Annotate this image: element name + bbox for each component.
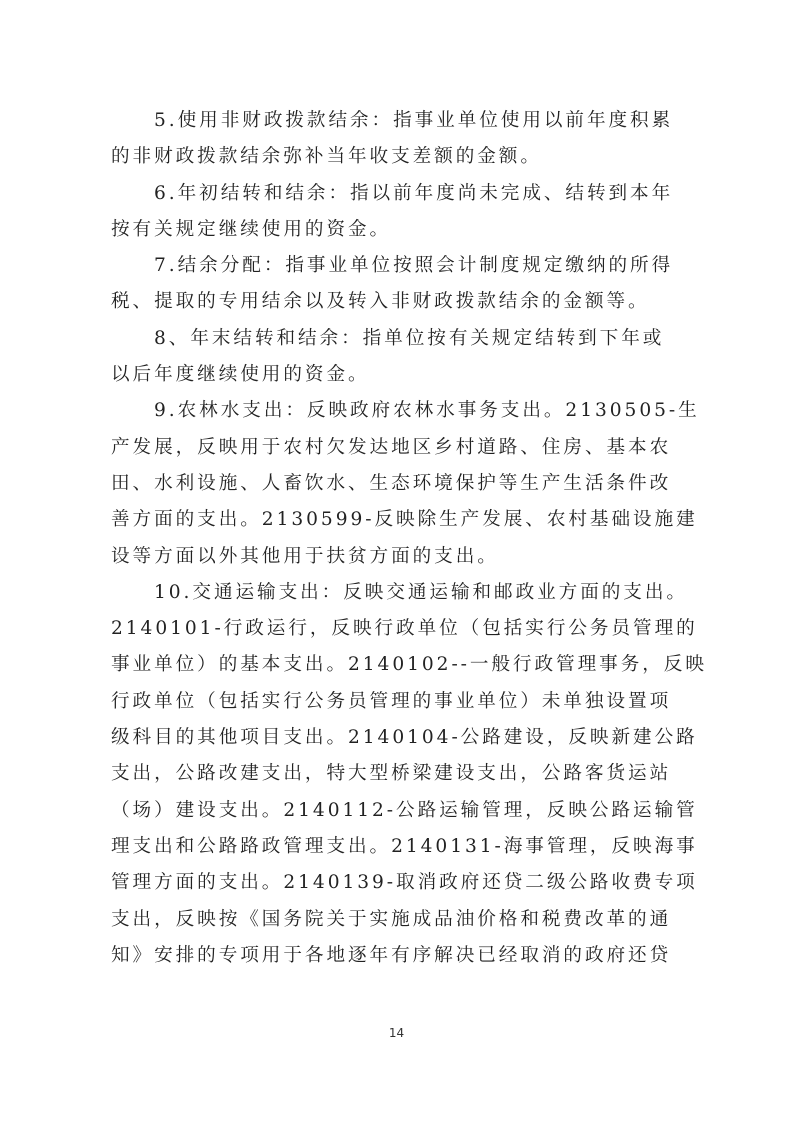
text-line: （场）建设支出。2140112-公路运输管理，反映公路运输管 — [111, 793, 676, 829]
document-body: 5.使用非财政拨款结余：指事业单位使用以前年度积累 的非财政拨款结余弥补当年收支… — [111, 103, 676, 974]
text-line: 支出，反映按《国务院关于实施成品油价格和税费改革的通 — [111, 902, 676, 938]
text-line: 税、提取的专用结余以及转入非财政拨款结余的金额等。 — [111, 284, 676, 320]
page-number: 14 — [0, 1026, 793, 1040]
text-line: 5.使用非财政拨款结余：指事业单位使用以前年度积累 — [111, 103, 676, 139]
text-line: 按有关规定继续使用的资金。 — [111, 212, 676, 248]
text-line: 2140101-行政运行，反映行政单位（包括实行公务员管理的 — [111, 611, 676, 647]
text-line: 设等方面以外其他用于扶贫方面的支出。 — [111, 539, 676, 575]
text-line: 级科目的其他项目支出。2140104-公路建设，反映新建公路 — [111, 720, 676, 756]
document-page: 5.使用非财政拨款结余：指事业单位使用以前年度积累 的非财政拨款结余弥补当年收支… — [0, 0, 793, 1122]
text-line: 善方面的支出。2130599-反映除生产发展、农村基础设施建 — [111, 502, 676, 538]
paragraph-item-9: 9.农林水支出：反映政府农林水事务支出。2130505-生 产发展，反映用于农村… — [111, 393, 676, 574]
text-line: 以后年度继续使用的资金。 — [111, 357, 676, 393]
text-line: 8、年末结转和结余：指单位按有关规定结转到下年或 — [111, 321, 676, 357]
text-line: 田、水利设施、人畜饮水、生态环境保护等生产生活条件改 — [111, 466, 676, 502]
text-line: 6.年初结转和结余：指以前年度尚未完成、结转到本年 — [111, 176, 676, 212]
paragraph-item-6: 6.年初结转和结余：指以前年度尚未完成、结转到本年 按有关规定继续使用的资金。 — [111, 176, 676, 249]
text-line: 管理方面的支出。2140139-取消政府还贷二级公路收费专项 — [111, 865, 676, 901]
text-line: 行政单位（包括实行公务员管理的事业单位）未单独设置项 — [111, 684, 676, 720]
text-line: 7.结余分配：指事业单位按照会计制度规定缴纳的所得 — [111, 248, 676, 284]
paragraph-item-5: 5.使用非财政拨款结余：指事业单位使用以前年度积累 的非财政拨款结余弥补当年收支… — [111, 103, 676, 176]
text-line: 事业单位）的基本支出。2140102--一般行政管理事务，反映 — [111, 647, 676, 683]
text-line: 10.交通运输支出：反映交通运输和邮政业方面的支出。 — [111, 575, 676, 611]
text-line: 理支出和公路路政管理支出。2140131-海事管理，反映海事 — [111, 829, 676, 865]
paragraph-item-10: 10.交通运输支出：反映交通运输和邮政业方面的支出。 2140101-行政运行，… — [111, 575, 676, 974]
text-line: 知》安排的专项用于各地逐年有序解决已经取消的政府还贷 — [111, 938, 676, 974]
paragraph-item-8: 8、年末结转和结余：指单位按有关规定结转到下年或 以后年度继续使用的资金。 — [111, 321, 676, 394]
text-line: 的非财政拨款结余弥补当年收支差额的金额。 — [111, 139, 676, 175]
paragraph-item-7: 7.结余分配：指事业单位按照会计制度规定缴纳的所得 税、提取的专用结余以及转入非… — [111, 248, 676, 321]
text-line: 产发展，反映用于农村欠发达地区乡村道路、住房、基本农 — [111, 430, 676, 466]
text-line: 支出，公路改建支出，特大型桥梁建设支出，公路客货运站 — [111, 756, 676, 792]
text-line: 9.农林水支出：反映政府农林水事务支出。2130505-生 — [111, 393, 676, 429]
